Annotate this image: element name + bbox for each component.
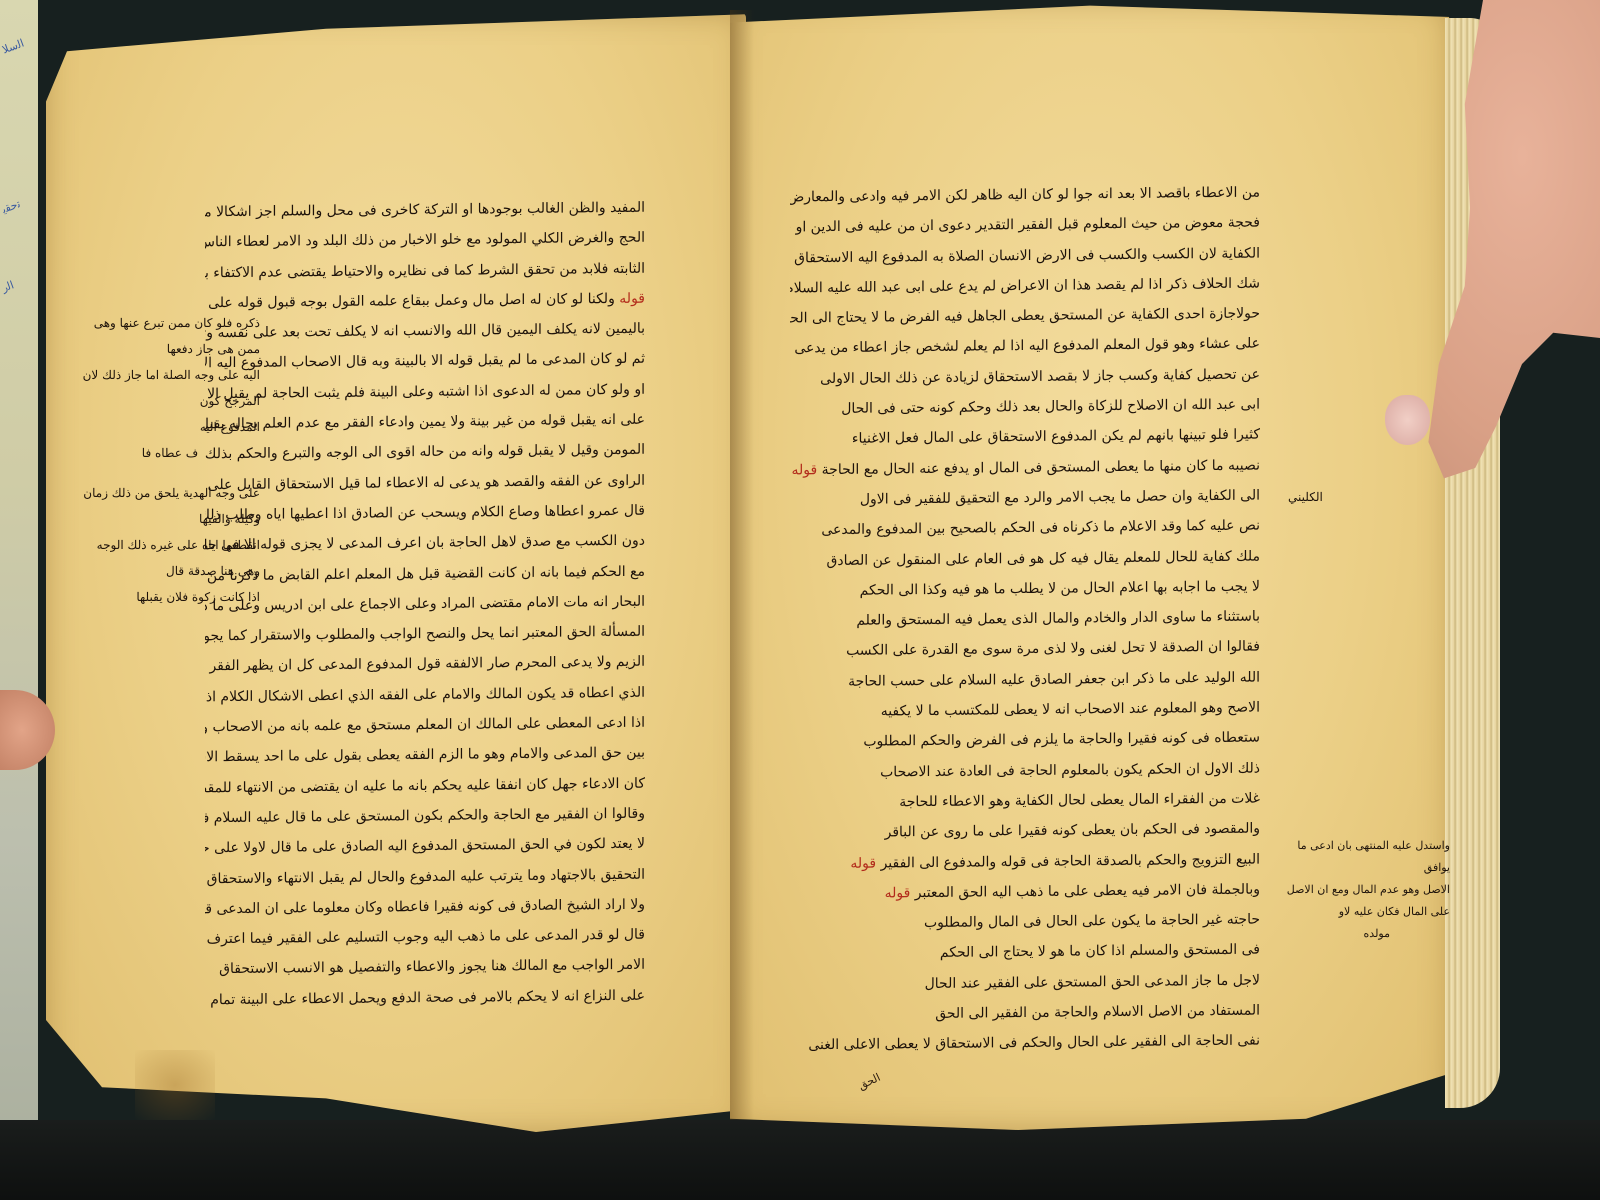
text-line: مع الحكم فيما بانه ان كانت القضية قبل هل… — [205, 556, 645, 591]
text-line: الكفاية لان الكسب والكسب فى الارض الانسا… — [790, 238, 1260, 273]
text-line: نص عليه كما وقد الاعلام ما ذكرناه فى الح… — [790, 511, 1260, 546]
text-line: كثيرا فلو تبينها بانهم لم يكن المدفوع ال… — [790, 420, 1260, 455]
text-line: نفى الحاجة الى الفقير على الحال والحكم ف… — [790, 1026, 1260, 1061]
gloss-line: مولده — [1280, 923, 1450, 945]
rubric: قوله — [619, 291, 645, 307]
text-line: والمقصود فى الحكم بان يعطى كونه فقيرا عل… — [790, 814, 1260, 849]
text-line: البحار انه مات الامام مقتضى المراد وعلى … — [205, 587, 645, 622]
text-line-content: دون الكسب مع صدق لاهل الحاجة بان اعرف ال… — [205, 533, 645, 555]
right-page-text: من الاعطاء باقصد الا بعد انه جوا لو كان … — [790, 180, 1260, 1059]
text-line-rubricated: الزيم ولا يدعى المحرم صار الالفقه قول ال… — [205, 647, 645, 682]
text-line-content: الزيم ولا يدعى المحرم صار الالفقه قول ال… — [205, 654, 645, 675]
background-scribble: ﺍﻟﺭ — [0, 278, 15, 294]
right-margin-gloss: واستدل عليه المنتهى بان ادعى ما يوافق ال… — [1280, 835, 1450, 945]
left-margin-gloss: ذكره فلو كان ممن تبرع عنها وهى ممن هى جا… — [80, 310, 260, 610]
marginal-source-label: الكليني — [1288, 490, 1323, 504]
gloss-spacer — [80, 466, 260, 480]
text-line: ولا اراد الشيخ الصادق فى كونه فقيرا فاعط… — [205, 890, 645, 925]
text-line: الثابته فلابد من تحقق الشرط كما فى نظاير… — [205, 253, 645, 288]
text-line: الله الوليد على ما ذكر ابن جعفر الصادق ع… — [790, 662, 1260, 697]
text-line: فحجة معوض من حيث المعلوم قبل الفقير التق… — [790, 208, 1260, 243]
text-line-content: على عشاء وهو قول المعلم المدفوع اليه اذا… — [790, 336, 1260, 358]
background-paper-strip: ﺍﻟﺳﻼ ﺗﺣﻘﯾ ﺍﻟﺭ — [0, 0, 38, 1200]
gloss-line: الاصل وهو عدم المال ومع ان الاصل — [1280, 879, 1450, 901]
text-line: المومن وقيل لا يقبل قوله وانه من حاله اق… — [205, 435, 645, 470]
rubric: قوله — [792, 462, 818, 478]
text-line: فى المستحق والمسلم اذا كان ما هو لا يحتا… — [790, 935, 1260, 970]
text-line: ملك كفاية للحال للمعلم يقال فيه كل هو فى… — [790, 541, 1260, 576]
text-line: قال عمرو اعطاها وصاع الكلام ويسحب عن الص… — [205, 496, 645, 531]
gloss-line: انقطعها اياه على غيره ذلك الوجه وهى هنا … — [80, 532, 260, 584]
rubric: قوله — [850, 855, 876, 871]
text-line: الذي اعطاه قد يكون المالك والامام على ال… — [205, 677, 645, 712]
background-scribble: ﺗﺣﻘﯾ — [0, 197, 22, 216]
book-gutter — [730, 10, 754, 1120]
text-line: وقالوا ان الفقير مع الحاجة والحكم بكون ا… — [205, 799, 645, 834]
gloss-line: ف عطاه فا — [80, 440, 260, 466]
gloss-line: المدفوع اليه — [80, 414, 260, 440]
thumbnail — [1385, 395, 1430, 445]
text-line: او ولو كان ممن له الدعوى اذا اشتبه وعلى … — [205, 374, 645, 409]
water-stain — [135, 1050, 215, 1120]
rubric: قوله — [885, 885, 911, 901]
text-line: كان الادعاء جهل كان انفقا عليه يحكم بانه… — [205, 768, 645, 803]
text-line-content: وبالجملة فان الامر فيه يعطى على ما ذهب ا… — [915, 881, 1260, 901]
text-line: الراوى عن الفقه والقصد هو يدعى له الاعطا… — [205, 465, 645, 500]
text-line: عن تحصيل كفاية وكسب جاز لا بقصد الاستحقا… — [790, 359, 1260, 394]
text-line-rubricated: على عشاء وهو قول المعلم المدفوع اليه اذا… — [790, 329, 1260, 364]
gloss-line: ذكره فلو كان ممن تبرع عنها وهى ممن هى جا… — [80, 310, 260, 362]
gloss-line: اذا كانت زكوة فلان يقبلها — [80, 584, 260, 610]
gloss-line: على وجه الهدية يلحق من ذلك زمان وكيله وا… — [80, 480, 260, 532]
text-line: ستعطاه فى كونه فقيرا والحاجة ما يلزم فى … — [790, 723, 1260, 758]
text-line-rubricated: قوله ولكنا لو كان له اصل مال وعمل ببقاع … — [205, 284, 645, 319]
text-line-rubricated: نصيبه ما كان منها ما يعطى المستحق فى الم… — [790, 450, 1260, 485]
text-line: الحج والغرض الكلي المولود مع خلو الاخبار… — [205, 223, 645, 258]
text-line: ذلك الاول ان الحكم يكون بالمعلوم الحاجة … — [790, 753, 1260, 788]
text-line-content: نصيبه ما كان منها ما يعطى المستحق فى الم… — [822, 457, 1260, 478]
text-line: المفيد والظن الغالب بوجودها او التركة كا… — [205, 193, 645, 228]
text-line: ثم لو كان المدعى ما لم يقبل قوله الا بال… — [205, 344, 645, 379]
text-line: على النزاع انه لا يحكم بالامر فى صحة الد… — [205, 980, 645, 1015]
text-line-content: ولكنا لو كان له اصل مال وعمل ببقاع علمه … — [205, 291, 615, 315]
background-scribble: ﺍﻟﺳﻼ — [0, 37, 25, 57]
text-line: فقالوا ان الصدقة لا تحل لغنى ولا لذى مرة… — [790, 632, 1260, 667]
text-line: لاجل ما جاز المدعى الحق المستحق على الفق… — [790, 965, 1260, 1000]
gloss-line: واستدل عليه المنتهى بان ادعى ما يوافق — [1280, 835, 1450, 879]
gloss-line: اليه على وجه الصلة اما جاز ذلك لان المرج… — [80, 362, 260, 414]
text-line-rubricated: البيع التزويج والحكم بالصدقة الحاجة فى ق… — [790, 844, 1260, 879]
text-line: لا يعتد لكون في الحق المستحق المدفوع الي… — [205, 829, 645, 864]
text-line-content: البيع التزويج والحكم بالصدقة الحاجة فى ق… — [881, 851, 1260, 871]
gloss-line: على المال فكان عليه لاو — [1280, 901, 1450, 923]
left-page-text: المفيد والظن الغالب بوجودها او التركة كا… — [205, 195, 645, 1013]
text-line: التحقيق بالاجتهاد وما يترتب عليه المدفوع… — [205, 859, 645, 894]
text-line: بين حق المدعى والامام وهو ما الزم الفقه … — [205, 738, 645, 773]
text-line-rubricated: دون الكسب مع صدق لاهل الحاجة بان اعرف ال… — [205, 526, 645, 561]
text-line: الامر الواجب مع المالك هنا يجوز والاعطاء… — [205, 950, 645, 985]
